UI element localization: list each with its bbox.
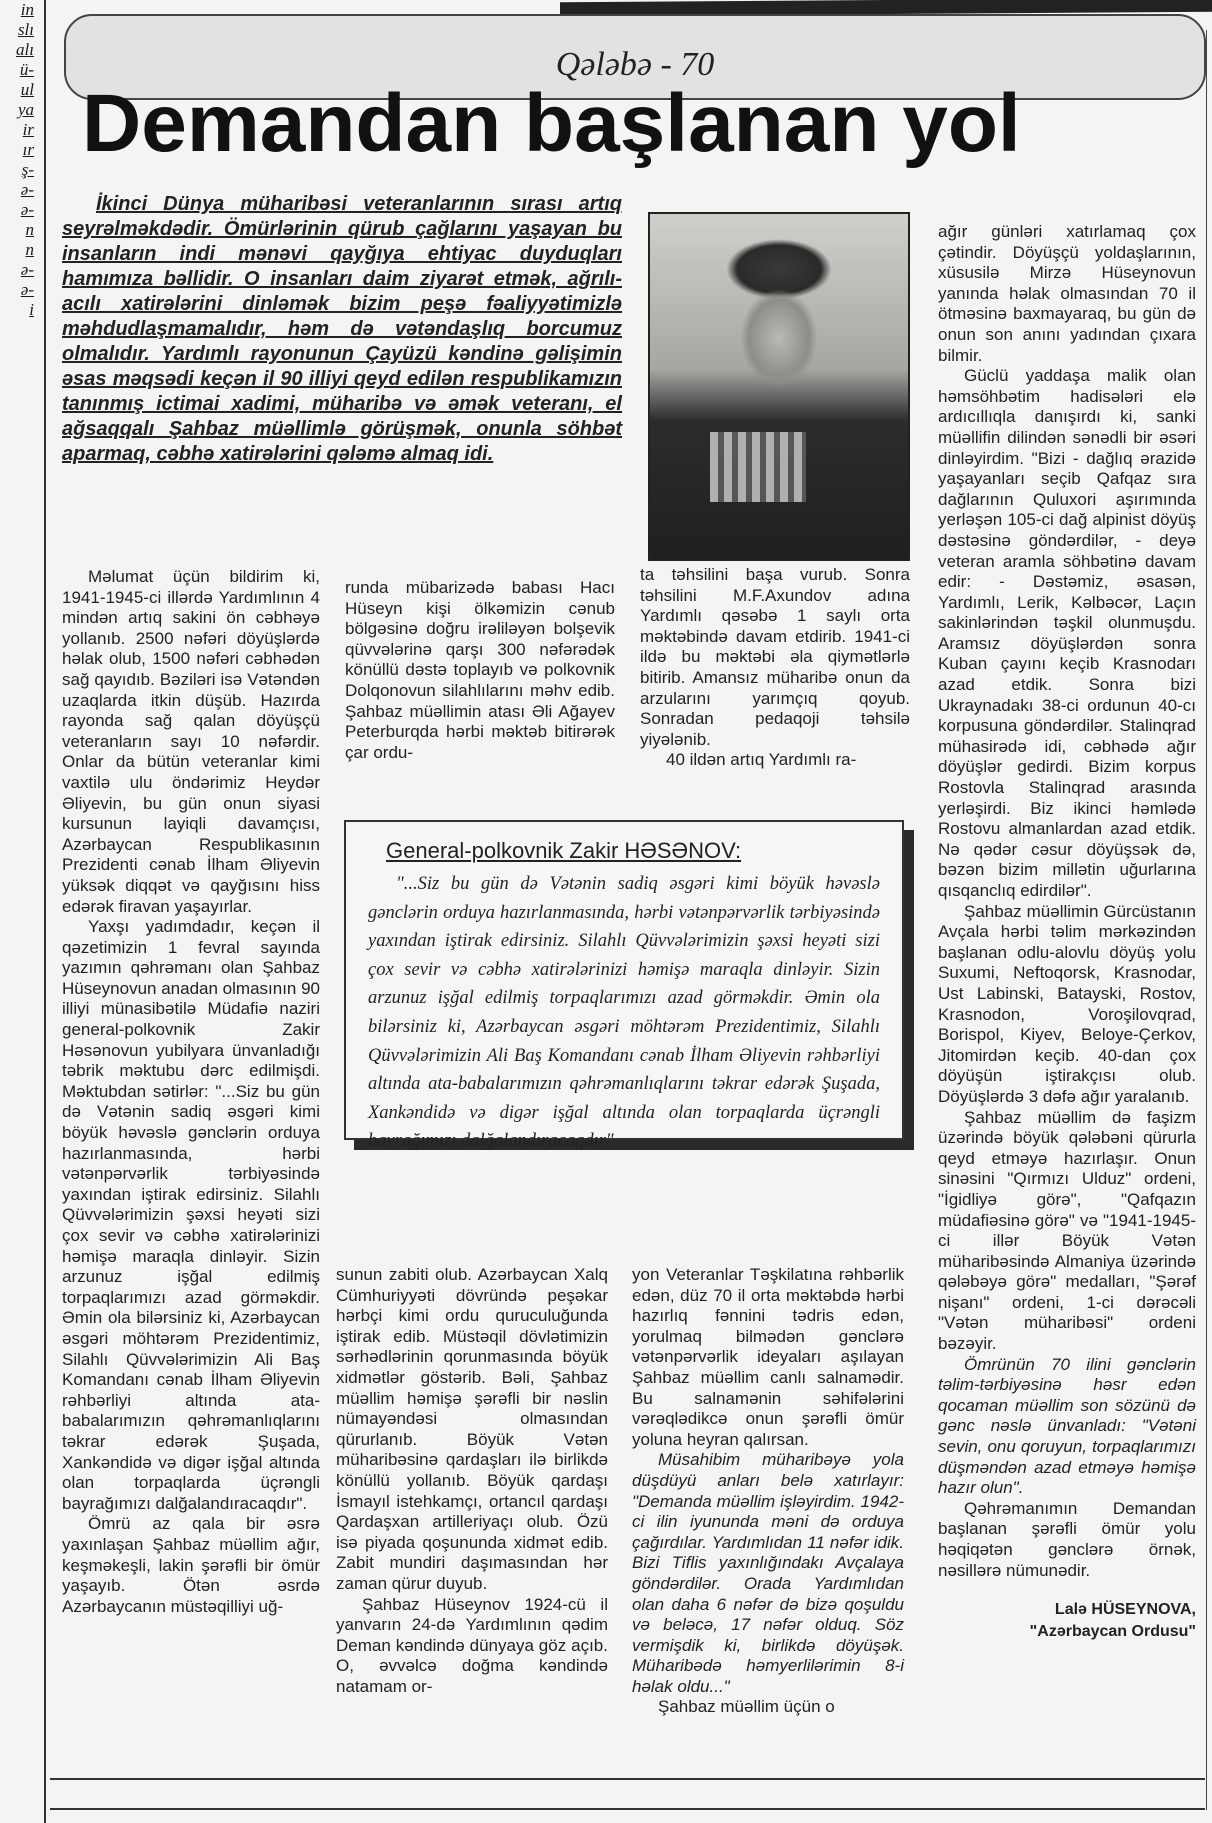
paragraph: Şahbaz müəllimin Gürcüstanın Avçala hərb… <box>938 902 1196 1108</box>
quote-paragraph: "...Siz bu gün də Vətənin sadiq əsgəri k… <box>368 870 880 1156</box>
strip-fragment: ş- <box>0 160 34 180</box>
paragraph: Şahbaz Hüseynov 1924-cü il yanvarın 24-d… <box>336 1595 608 1698</box>
strip-fragment: ə- <box>0 200 34 220</box>
bottom-rule-2 <box>50 1808 1205 1810</box>
strip-fragment: ə- <box>0 280 34 300</box>
paragraph: yon Veteranlar Təşkilatına rəhbərlik edə… <box>632 1265 904 1450</box>
paragraph: Şahbaz müəllim üçün o <box>632 1697 904 1718</box>
article-column-4: ağır günləri xatırlamaq çox çətindir. Dö… <box>938 222 1196 1643</box>
right-border <box>1206 30 1207 1810</box>
author-name: Lalə HÜSEYNOVA, <box>938 1599 1196 1621</box>
strip-fragment: ə- <box>0 260 34 280</box>
paragraph: Yaxşı yadımdadır, keçən il qəzetimizin 1… <box>62 917 320 1514</box>
strip-fragment: ə- <box>0 180 34 200</box>
quote-box: General-polkovnik Zakir HƏSƏNOV: "...Siz… <box>344 820 904 1140</box>
veteran-photo <box>648 212 910 561</box>
strip-fragment: i <box>0 300 34 320</box>
strip-fragment: ır <box>0 140 34 160</box>
paragraph: ağır günləri xatırlamaq çox çətindir. Dö… <box>938 222 1196 366</box>
publication-name: "Azərbaycan Ordusu" <box>938 1621 1196 1643</box>
article-column-2-top: runda mübarizədə babası Hacı Hüseyn kişi… <box>345 578 615 763</box>
paragraph: ta təhsilini başa vurub. Sonra təhsilini… <box>640 565 910 750</box>
adjacent-article-strip: in slı alı ü- ul ya ir ır ş- ə- ə- n n ə… <box>0 0 34 320</box>
paragraph: sunun zabiti olub. Azərbaycan Xalq Cümhu… <box>336 1265 608 1595</box>
headline: Demandan başlanan yol <box>82 74 1202 174</box>
medals-graphic <box>710 432 806 502</box>
paragraph: Ömrü az qala bir əsrə yaxınlaşan Şahbaz … <box>62 1514 320 1617</box>
strip-fragment: n <box>0 220 34 240</box>
article-column-1: Məlumat üçün bildirim ki, 1941-1945-ci i… <box>62 567 320 1617</box>
lead-text: İkinci Dünya müharibəsi veteranlarının s… <box>62 192 622 467</box>
paragraph: runda mübarizədə babası Hacı Hüseyn kişi… <box>345 578 615 763</box>
strip-fragment: slı <box>0 20 34 40</box>
article-column-3-top: ta təhsilini başa vurub. Sonra təhsilini… <box>640 565 910 771</box>
paragraph: Məlumat üçün bildirim ki, 1941-1945-ci i… <box>62 567 320 917</box>
strip-fragment: ir <box>0 120 34 140</box>
strip-fragment: ya <box>0 100 34 120</box>
strip-fragment: ü- <box>0 60 34 80</box>
byline: Lalə HÜSEYNOVA, "Azərbaycan Ordusu" <box>938 1599 1196 1643</box>
strip-fragment: n <box>0 240 34 260</box>
paragraph: Qəhrəmanımın Demandan başlanan şərəfli ö… <box>938 1499 1196 1581</box>
paragraph: 40 ildən artıq Yardımlı ra- <box>640 750 910 771</box>
strip-fragment: ul <box>0 80 34 100</box>
quote-heading: General-polkovnik Zakir HƏSƏNOV: <box>386 838 741 864</box>
paragraph: Şahbaz müəllim də faşizm üzərində böyük … <box>938 1108 1196 1355</box>
article-column-3-bottom: yon Veteranlar Təşkilatına rəhbərlik edə… <box>632 1265 904 1718</box>
bottom-rule <box>50 1778 1205 1780</box>
paragraph: Müsahibim müharibəyə yola düşdüyü anları… <box>632 1450 904 1697</box>
quote-text: "...Siz bu gün də Vətənin sadiq əsgəri k… <box>368 870 880 1156</box>
strip-fragment: in <box>0 0 34 20</box>
paragraph: Ömrünün 70 ilini gənclərin təlim-tərbiyə… <box>938 1355 1196 1499</box>
paragraph: Güclü yaddaşa malik olan həmsöhbətim had… <box>938 366 1196 901</box>
lead-paragraph: İkinci Dünya müharibəsi veteranlarının s… <box>62 192 622 467</box>
strip-fragment: alı <box>0 40 34 60</box>
column-divider <box>44 0 46 1823</box>
article-column-2-bottom: sunun zabiti olub. Azərbaycan Xalq Cümhu… <box>336 1265 608 1697</box>
